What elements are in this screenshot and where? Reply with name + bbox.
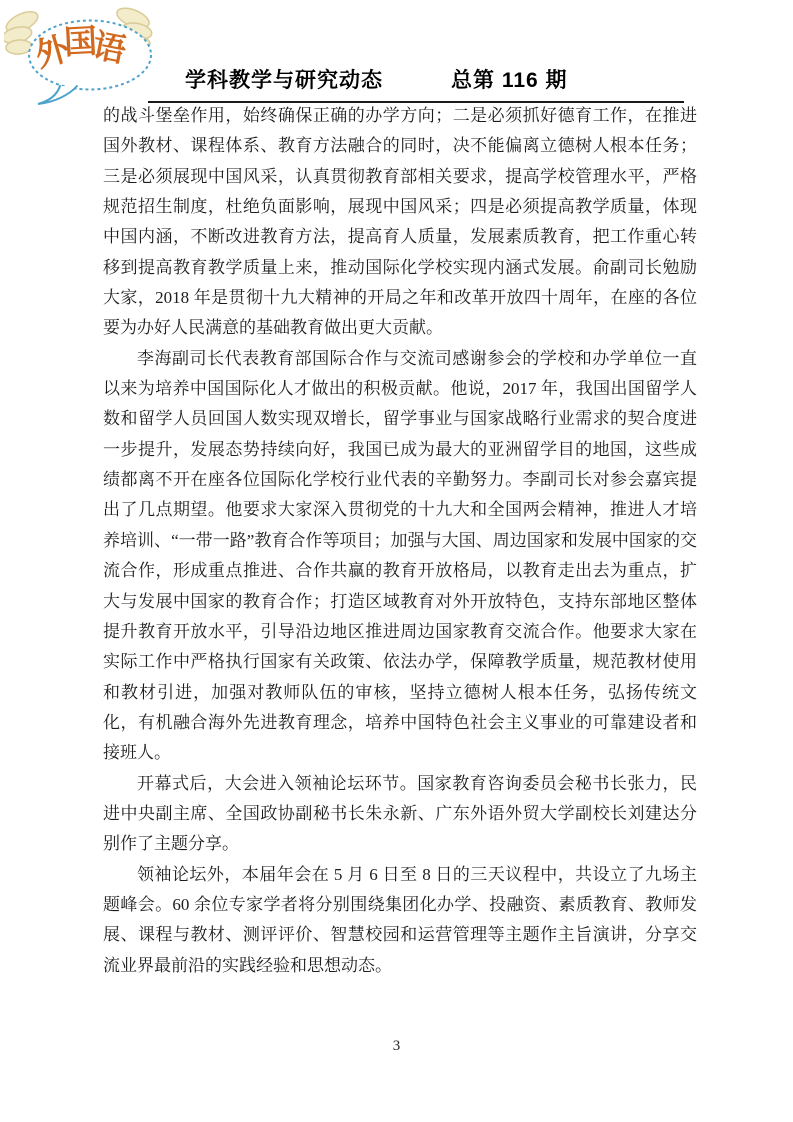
paragraph-4: 领袖论坛外，本届年会在 5 月 6 日至 8 日的三天议程中，共设立了九场主题峰… xyxy=(103,860,697,981)
paragraph-2: 李海副司长代表教育部国际合作与交流司感谢参会的学校和办学单位一直以来为培养中国国… xyxy=(103,344,697,769)
document-page: 外 国 语 学科教学与研究动态 总第 116 期 的战斗堡垒作用，始终确保正确的… xyxy=(0,0,793,1122)
journal-logo: 外 国 语 xyxy=(4,2,158,108)
paragraph-1: 的战斗堡垒作用，始终确保正确的办学方向；二是必须抓好德育工作，在推进国外教材、课… xyxy=(103,101,697,344)
header-issue-number: 总第 116 期 xyxy=(451,64,568,94)
header-title: 学科教学与研究动态 xyxy=(185,64,383,94)
bubble-tail xyxy=(38,86,77,104)
body-text: 的战斗堡垒作用，始终确保正确的办学方向；二是必须抓好德育工作，在推进国外教材、课… xyxy=(103,101,697,981)
logo-char-3: 语 xyxy=(89,27,128,70)
logo-graphic: 外 国 语 xyxy=(4,2,158,108)
page-number: 3 xyxy=(0,1038,793,1055)
page-header: 学科教学与研究动态 总第 116 期 xyxy=(185,64,685,94)
paragraph-3: 开幕式后，大会进入领袖论坛环节。国家教育咨询委员会秘书长张力，民进中央副主席、全… xyxy=(103,769,697,860)
